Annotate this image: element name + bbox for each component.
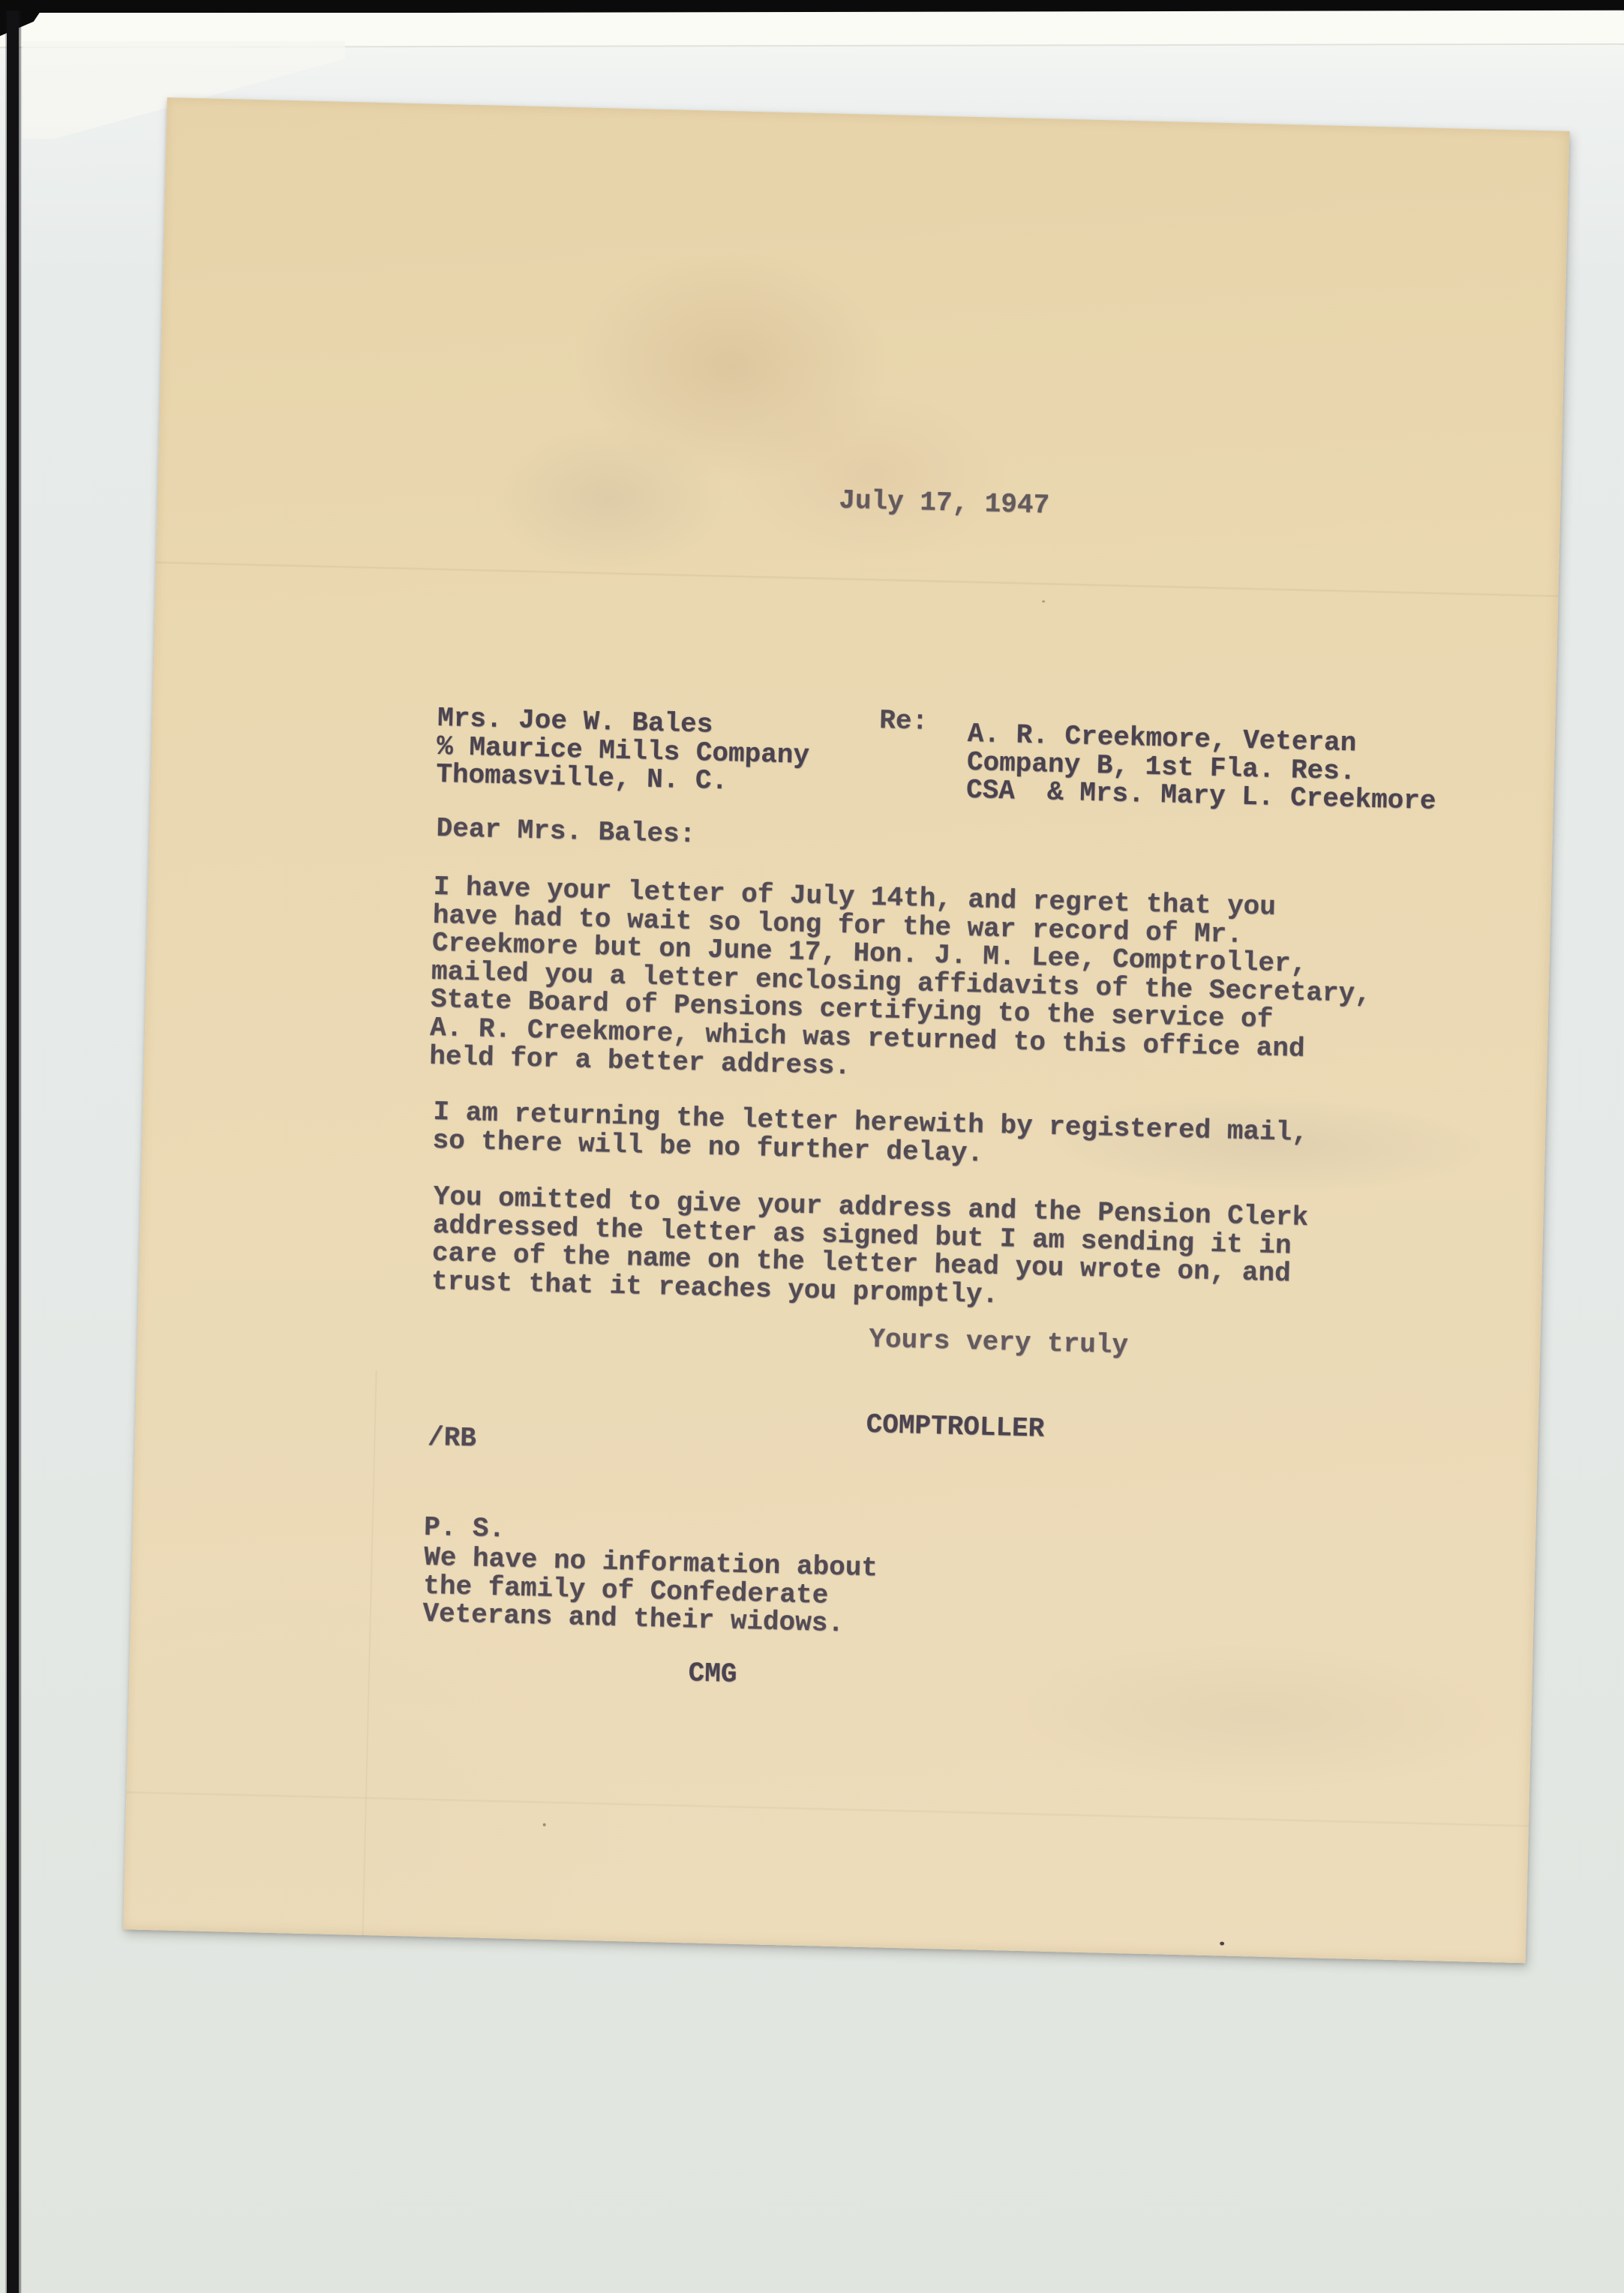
re-subject: A. R. Creekmore, Veteran Company B, 1st …: [966, 720, 1438, 816]
paper-crease-horizontal: [127, 1790, 1529, 1827]
paper-crease-horizontal: [156, 561, 1559, 598]
ps-text: We have no information about the family …: [422, 1544, 878, 1639]
typist-initials: /RB: [428, 1424, 477, 1453]
paragraph-3: You omitted to give your address and the…: [431, 1183, 1309, 1316]
recipient-address: Mrs. Joe W. Bales % Maurice Mills Compan…: [436, 704, 810, 798]
paragraph-1: I have your letter of July 14th, and reg…: [429, 873, 1373, 1093]
letter-date: July 17, 1947: [839, 487, 1050, 520]
paragraph-2: I am returning the letter herewith by re…: [432, 1098, 1308, 1175]
scanner-edge-left: [5, 11, 22, 2293]
salutation: Dear Mrs. Bales:: [436, 815, 695, 849]
ps-label: P. S.: [424, 1514, 506, 1544]
letter-paper: July 17, 1947 Mrs. Joe W. Bales % Mauric…: [123, 98, 1569, 1963]
closing: Yours very truly: [869, 1325, 1128, 1360]
re-label: Re:: [879, 707, 929, 736]
paper-speck: [1042, 600, 1045, 602]
signature-title: COMPTROLLER: [866, 1411, 1044, 1443]
paper-speck: [543, 1823, 546, 1826]
scanned-letter-page: July 17, 1947 Mrs. Joe W. Bales % Mauric…: [0, 0, 1624, 2293]
ink-dot: [1220, 1942, 1224, 1946]
footer-initials: CMG: [688, 1659, 737, 1688]
paper-crease-vertical: [362, 1370, 377, 1935]
